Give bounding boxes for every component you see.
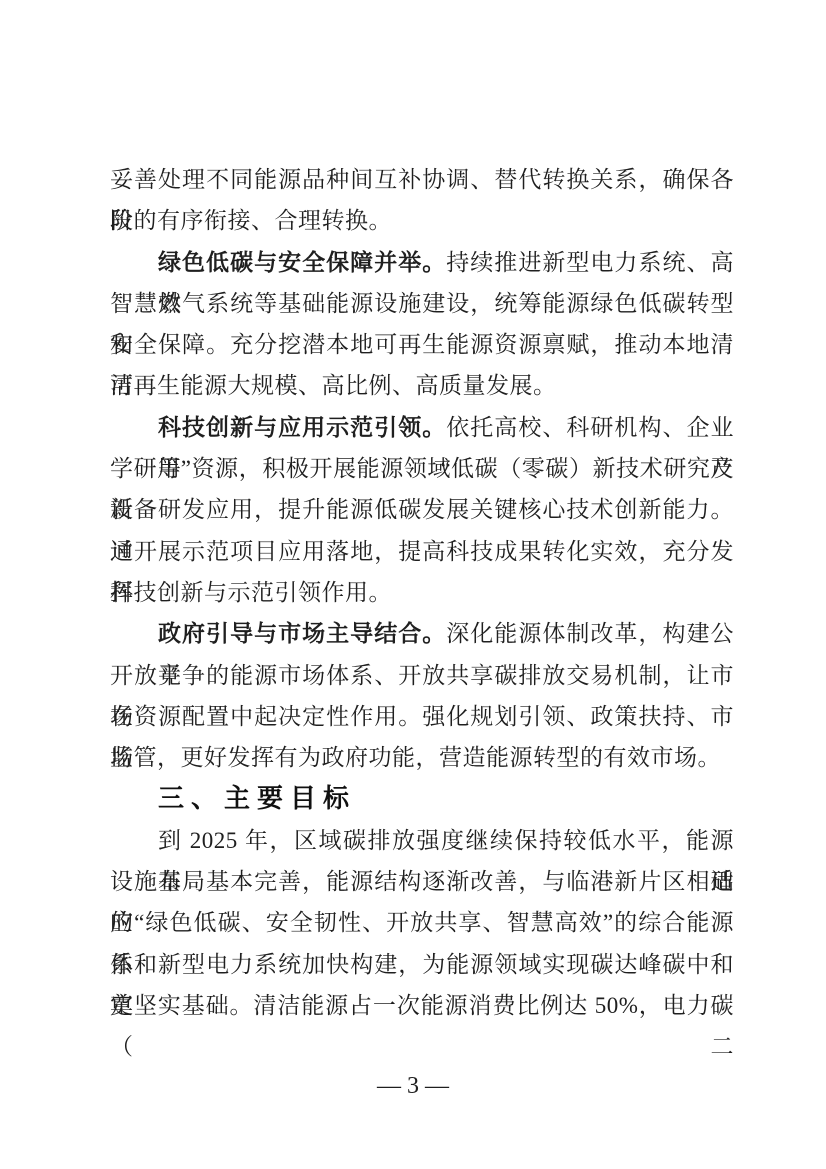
text-line: 智慧燃气系统等基础能源设施建设，统筹能源绿色低碳转型和	[110, 283, 734, 324]
text-line: 学研用”资源，积极开展能源领域低碳（零碳）新技术研究及新	[110, 448, 734, 489]
page-number: — 3 —	[377, 1073, 449, 1099]
text-line: 科技创新与示范引领作用。	[110, 572, 734, 613]
line-text: 可再生能源大规模、高比例、高质量发展。	[110, 373, 557, 398]
section-heading: 三、主要目标	[158, 783, 356, 813]
document-body: 妥善处理不同能源品种间互补协调、替代转换关系，确保各阶 段的有序衔接、合理转换。…	[110, 159, 734, 1026]
text-line: 可再生能源大规模、高比例、高质量发展。	[110, 365, 734, 406]
text-line: 设施布局基本完善，能源结构逐渐改善，与临港新片区相适应	[110, 861, 734, 902]
line-text: 段的有序衔接、合理转换。	[110, 208, 392, 233]
paragraph-lead: 绿色低碳与安全保障并举。	[158, 250, 446, 275]
text-line: 政府引导与市场主导结合。深化能源体制改革，构建公平	[110, 613, 734, 654]
page-footer: — 3 —	[0, 1066, 826, 1106]
text-line: 的“绿色低碳、安全韧性、开放共享、智慧高效”的综合能源体	[110, 902, 734, 943]
text-line: 系和新型电力系统加快构建，为能源领域实现碳达峰碳中和奠	[110, 944, 734, 985]
text-line: 开放竞争的能源市场体系、开放共享碳排放交易机制，让市场	[110, 655, 734, 696]
paragraph-lead: 政府引导与市场主导结合。	[158, 621, 446, 646]
line-text: 科技创新与示范引领作用。	[110, 580, 392, 605]
text-line: 在资源配置中起决定性作用。强化规划引领、政策扶持、市场	[110, 696, 734, 737]
text-line: 安全保障。充分挖潜本地可再生能源资源禀赋，推动本地清洁	[110, 324, 734, 365]
line-text: 监管，更好发挥有为政府功能，营造能源转型的有效市场。	[110, 745, 721, 770]
text-line: 妥善处理不同能源品种间互补协调、替代转换关系，确保各阶	[110, 159, 734, 200]
text-line: 三、主要目标	[110, 778, 734, 819]
text-line: 科技创新与应用示范引领。依托高校、科研机构、企业等“产	[110, 407, 734, 448]
line-text: 定坚实基础。清洁能源占一次能源消费比例达 50%，电力碳（二	[110, 993, 734, 1059]
text-line: 到 2025 年，区域碳排放强度继续保持较低水平，能源基础	[110, 820, 734, 861]
text-line: 定坚实基础。清洁能源占一次能源消费比例达 50%，电力碳（二	[110, 985, 734, 1026]
text-line: 段的有序衔接、合理转换。	[110, 200, 734, 241]
text-line: 设备研发应用，提升能源低碳发展关键核心技术创新能力。通	[110, 489, 734, 530]
text-line: 监管，更好发挥有为政府功能，营造能源转型的有效市场。	[110, 737, 734, 778]
paragraph-lead: 科技创新与应用示范引领。	[158, 415, 446, 440]
text-line: 过开展示范项目应用落地，提高科技成果转化实效，充分发挥	[110, 531, 734, 572]
text-line: 绿色低碳与安全保障并举。持续推进新型电力系统、高效	[110, 242, 734, 283]
document-page: 妥善处理不同能源品种间互补协调、替代转换关系，确保各阶 段的有序衔接、合理转换。…	[0, 0, 826, 1169]
